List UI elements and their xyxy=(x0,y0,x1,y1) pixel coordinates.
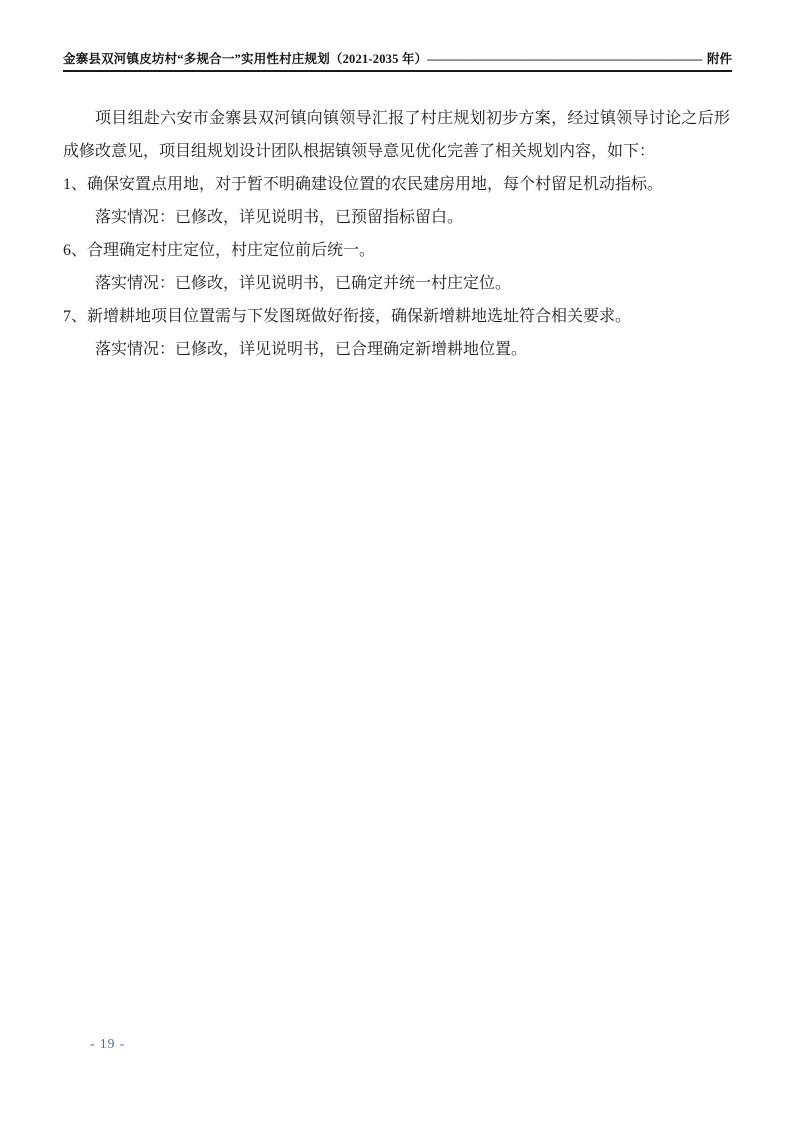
page-number: - 19 - xyxy=(90,1035,125,1053)
header-attachment-label: 附件 xyxy=(707,49,732,67)
item-1-status: 落实情况：已修改，详见说明书，已预留指标留白。 xyxy=(63,201,730,234)
item-1-comment: 1、确保安置点用地，对于暂不明确建设位置的农民建房用地，每个村留足机动指标。 xyxy=(63,168,730,201)
item-7-comment: 7、新增耕地项目位置需与下发图斑做好衔接，确保新增耕地选址符合相关要求。 xyxy=(63,300,730,333)
item-6-status: 落实情况：已修改，详见说明书，已确定并统一村庄定位。 xyxy=(63,267,730,300)
header-dash-line: —————————————————————— xyxy=(427,52,707,67)
intro-paragraph: 项目组赴六安市金寨县双河镇向镇领导汇报了村庄规划初步方案，经过镇领导讨论之后形成… xyxy=(63,102,730,168)
document-page: 金寨县双河镇皮坊村“多规合一”实用性村庄规划（2021-2035 年） ————… xyxy=(0,0,793,1122)
item-6-comment: 6、合理确定村庄定位，村庄定位前后统一。 xyxy=(63,234,730,267)
page-header: 金寨县双河镇皮坊村“多规合一”实用性村庄规划（2021-2035 年） ————… xyxy=(63,49,732,72)
header-title: 金寨县双河镇皮坊村“多规合一”实用性村庄规划（2021-2035 年） xyxy=(63,49,427,67)
item-7-status: 落实情况：已修改，详见说明书，已合理确定新增耕地位置。 xyxy=(63,333,730,366)
document-body: 项目组赴六安市金寨县双河镇向镇领导汇报了村庄规划初步方案，经过镇领导讨论之后形成… xyxy=(63,102,730,366)
